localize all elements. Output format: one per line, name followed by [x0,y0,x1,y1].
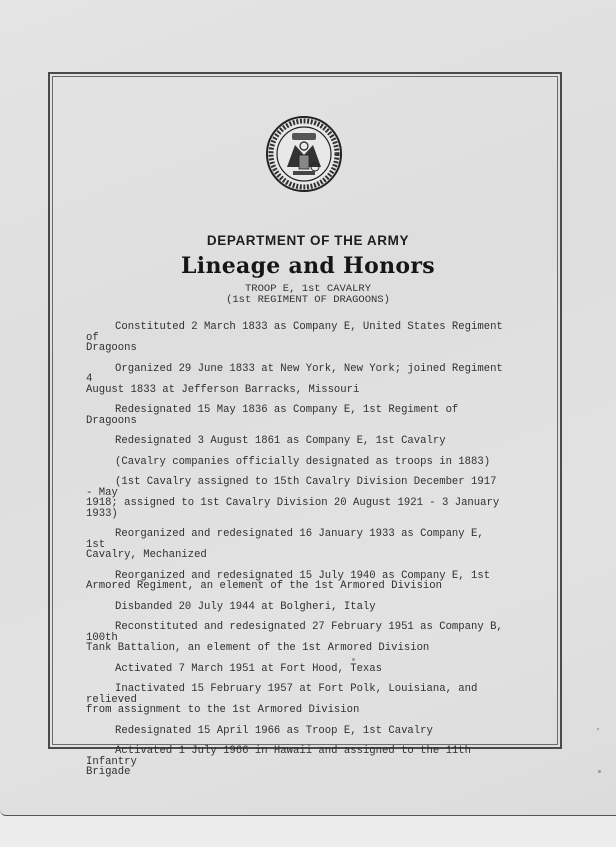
entry-first-line: Constituted 2 March 1833 as Company E, U… [86,321,509,344]
lineage-entry: Redesignated 15 May 1836 as Company E, 1… [86,405,506,426]
lineage-entries: Constituted 2 March 1833 as Company E, U… [86,322,506,788]
lineage-entry: (Cavalry companies officially designated… [86,457,506,468]
lineage-entry: Activated 7 March 1951 at Fort Hood, Tex… [86,664,506,675]
unit-designation: TROOP E, 1st CAVALRY (1st REGIMENT OF DR… [0,284,616,306]
entry-first-line: Redesignated 15 April 1966 as Troop E, 1… [115,725,433,737]
department-of-army-seal-icon [265,115,343,193]
entry-first-line: Organized 29 June 1833 at New York, New … [86,363,509,386]
lineage-entry: Reorganized and redesignated 15 July 194… [86,571,506,592]
lineage-entry: Constituted 2 March 1833 as Company E, U… [86,322,506,354]
lineage-entry: Reorganized and redesignated 16 January … [86,529,506,561]
paper-speck [352,658,355,661]
entry-first-line: Disbanded 20 July 1944 at Bolgheri, Ital… [115,601,376,613]
entry-continuation-line: Dragoons [86,342,137,354]
unit-former-name: (1st REGIMENT OF DRAGOONS) [0,295,616,306]
document-title: Lineage and Honors [0,253,616,279]
entry-continuation-line: Brigade [86,766,131,778]
entry-first-line: Reorganized and redesignated 16 January … [86,528,490,551]
entry-first-line: Redesignated 3 August 1861 as Company E,… [115,435,446,447]
lineage-entry: Organized 29 June 1833 at New York, New … [86,364,506,396]
lineage-entry: (1st Cavalry assigned to 15th Cavalry Di… [86,477,506,519]
lineage-entry: Inactivated 15 February 1957 at Fort Pol… [86,684,506,716]
lineage-entry: Disbanded 20 July 1944 at Bolgheri, Ital… [86,602,506,613]
lineage-entry: Reconstituted and redesignated 27 Februa… [86,622,506,654]
entry-continuation-line: Tank Battalion, an element of the 1st Ar… [86,642,429,654]
entry-first-line: (Cavalry companies officially designated… [115,456,490,468]
lineage-entry: Redesignated 15 April 1966 as Troop E, 1… [86,726,506,737]
entry-first-line: Redesignated 15 May 1836 as Company E, 1… [86,404,465,427]
lineage-entry: Redesignated 3 August 1861 as Company E,… [86,436,506,447]
entry-continuation-line: August 1833 at Jefferson Barracks, Misso… [86,384,359,396]
entry-first-line: (1st Cavalry assigned to 15th Cavalry Di… [86,476,503,499]
entry-first-line: Activated 7 March 1951 at Fort Hood, Tex… [115,663,382,675]
department-heading: DEPARTMENT OF THE ARMY [0,233,616,248]
lineage-entry: Activated 1 July 1966 in Hawaii and assi… [86,746,506,778]
document-page: DEPARTMENT OF THE ARMY Lineage and Honor… [0,0,616,816]
entry-continuation-line: Cavalry, Mechanized [86,549,207,561]
entry-first-line: Reconstituted and redesignated 27 Februa… [86,621,509,644]
paper-speck [598,770,601,773]
entry-continuation-line: Armored Regiment, an element of the 1st … [86,580,442,592]
entry-continuation-line: 1918; assigned to 1st Cavalry Division 2… [86,497,506,520]
entry-continuation-line: from assignment to the 1st Armored Divis… [86,704,359,716]
paper-speck [597,728,599,730]
entry-first-line: Inactivated 15 February 1957 at Fort Pol… [86,683,484,706]
entry-first-line: Activated 1 July 1966 in Hawaii and assi… [86,745,477,768]
